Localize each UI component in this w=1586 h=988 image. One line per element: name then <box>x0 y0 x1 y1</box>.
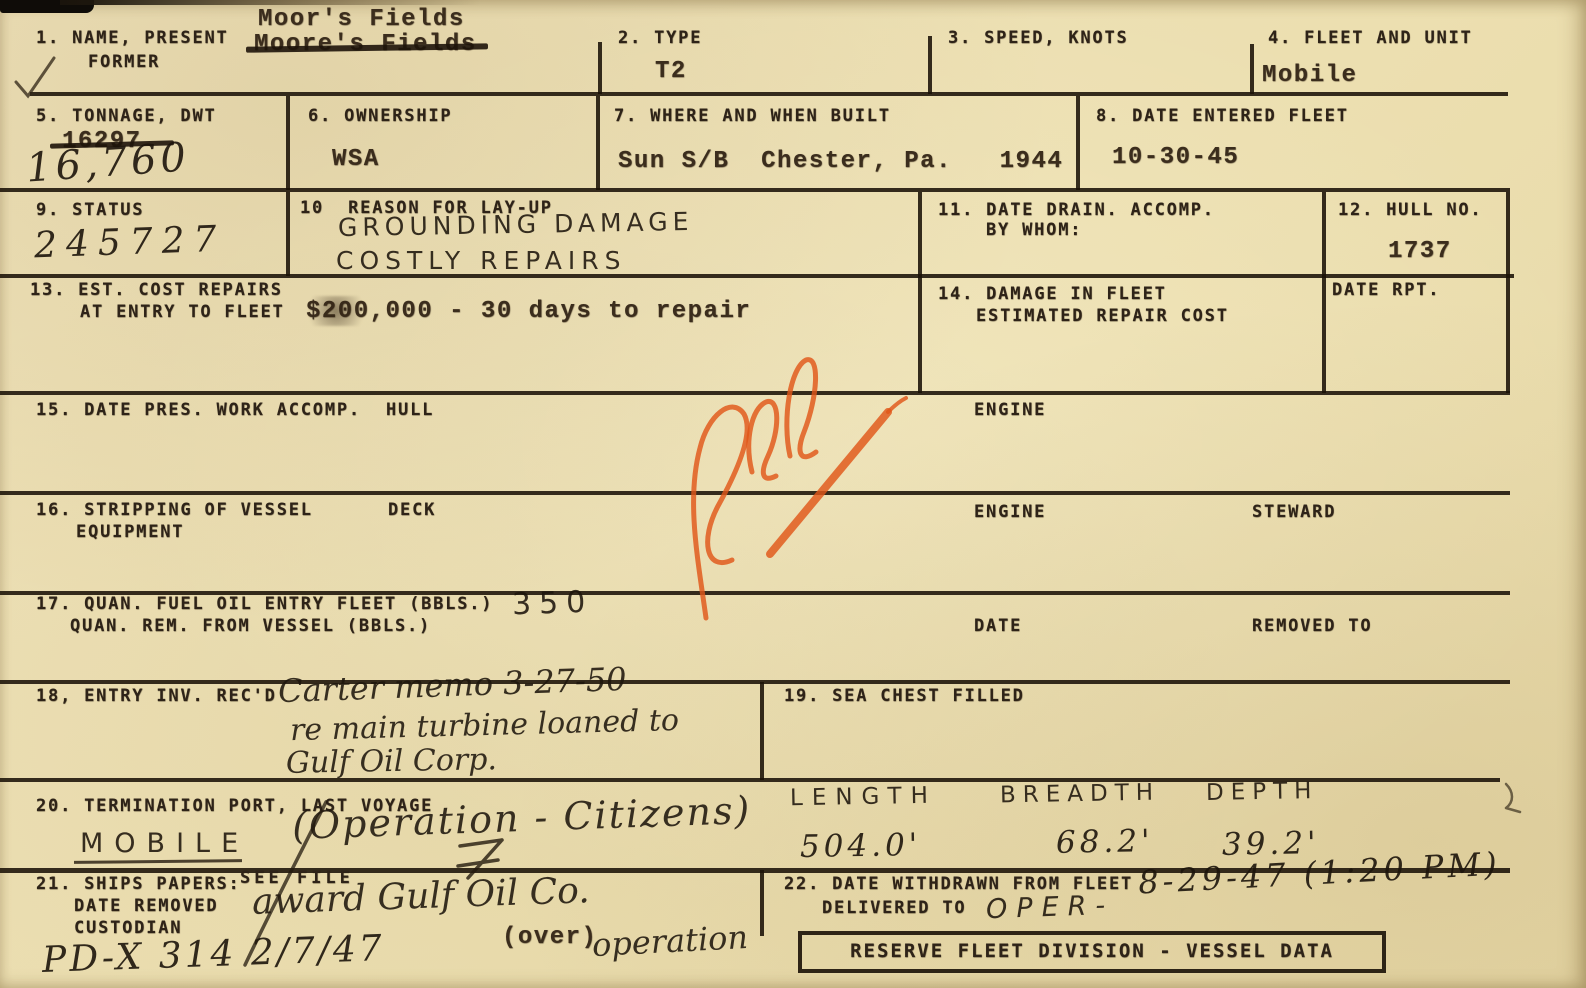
footer-title: RESERVE FLEET DIVISION - VESSEL DATA <box>802 935 1382 967</box>
field13-label: 13. EST. COST REPAIRS <box>30 280 283 300</box>
field12-value: 1737 <box>1388 238 1452 265</box>
field21-dateremoved-label: DATE REMOVED <box>74 896 218 916</box>
field7-value: Sun S/B Chester, Pa. 1944 <box>618 148 1063 175</box>
field13-value: $200,000 - 30 days to repair <box>306 298 751 325</box>
field6-label: 6. OWNERSHIP <box>308 106 452 126</box>
field5-label: 5. TONNAGE, DWT <box>36 106 217 126</box>
field21-over-label: (over) <box>502 924 597 951</box>
dimension-depth-label: DEPTH <box>1206 778 1319 806</box>
rule-h-row17 <box>0 680 1510 684</box>
field11-label-bywhom: BY WHOM: <box>986 220 1082 240</box>
field13-label-line2: AT ENTRY TO FLEET <box>80 302 285 322</box>
field9-label: 9. STATUS <box>36 200 144 220</box>
field1-label: 1. NAME, PRESENT <box>36 28 229 48</box>
rule-h-row3 <box>0 274 1514 278</box>
rule-v-f6-f7 <box>596 96 600 190</box>
field4-label: 4. FLEET AND UNIT <box>1268 28 1473 48</box>
rule-v-f3 <box>928 36 932 94</box>
field15-engine-label: ENGINE <box>974 400 1046 420</box>
field15-label: 15. DATE PRES. WORK ACCOMP. <box>36 400 361 420</box>
field22-delivered-label: DELIVERED TO <box>822 898 966 918</box>
field22-delivered-value: OPER- <box>985 890 1114 925</box>
field18-label: 18, ENTRY INV. REC'D <box>36 686 277 706</box>
pencil-checkmark <box>12 52 58 100</box>
field9-value: 245727 <box>33 219 226 267</box>
vessel-data-card: 1. NAME, PRESENT FORMER Moor's Fields Mo… <box>0 0 1586 988</box>
field8-label: 8. DATE ENTERED FLEET <box>1096 106 1349 126</box>
field3-label: 3. SPEED, KNOTS <box>948 28 1129 48</box>
overtype-smudge <box>300 296 372 326</box>
field6-value: WSA <box>332 146 380 173</box>
rule-v-f5-f6 <box>286 96 290 190</box>
rule-h-row2 <box>0 188 1510 192</box>
rule-h-row1 <box>30 92 1508 96</box>
field18-note-line3: Gulf Oil Corp. <box>286 742 498 781</box>
rule-v-f18-f19 <box>760 682 764 780</box>
dimension-length-value: 504.0' <box>800 827 922 865</box>
field17-removedto-label: REMOVED TO <box>1252 616 1372 636</box>
field8-value: 10-30-45 <box>1112 144 1239 171</box>
field18-note-line2: re main turbine loaned to <box>290 703 680 748</box>
field2-value: T2 <box>655 58 687 85</box>
rule-v-f22 <box>760 870 764 936</box>
rule-v-f11-f12 <box>1322 192 1326 393</box>
field22-date-value: 8-29-47 (1:20 PM) <box>1137 845 1501 902</box>
field16-steward-label: STEWARD <box>1252 502 1336 522</box>
rule-v-f4 <box>1250 44 1254 94</box>
field16-deck-label: DECK <box>388 500 436 520</box>
pencil-slash-stroke <box>200 780 350 980</box>
field17-label: 17. QUAN. FUEL OIL ENTRY FLEET (BBLS.) <box>36 594 493 614</box>
field12-label: 12. HULL NO. <box>1338 200 1482 220</box>
footer-title-box: RESERVE FLEET DIVISION - VESSEL DATA <box>798 931 1386 973</box>
field16-engine-label: ENGINE <box>974 502 1046 522</box>
field5-value-corrected: 16,760 <box>25 134 192 191</box>
field17-value: 350 <box>511 585 593 623</box>
rule-v-f2 <box>598 42 602 94</box>
pencil-mark <box>1500 782 1530 818</box>
field2-label: 2. TYPE <box>618 28 702 48</box>
field17-label-line2: QUAN. REM. FROM VESSEL (BBLS.) <box>70 616 431 636</box>
dimension-length-label: LENGTH <box>790 783 937 812</box>
field19-label: 19. SEA CHEST FILLED <box>784 686 1025 706</box>
field18-note-line1: Carter memo 3-27-50 <box>277 660 627 710</box>
field10-value-line2: COSTLY REPAIRS <box>336 246 626 275</box>
field1-value-corrected: Moor's Fields <box>258 6 465 33</box>
dimension-breadth-value: 68.2' <box>1056 823 1154 861</box>
dimension-breadth-label: BREADTH <box>1000 780 1161 809</box>
rule-v-f9-f10 <box>286 192 290 276</box>
field16-label-line2: EQUIPMENT <box>76 522 184 542</box>
field4-value: Mobile <box>1262 62 1357 89</box>
field14-label-line2: ESTIMATED REPAIR COST <box>976 306 1229 326</box>
rule-v-right-edge <box>1506 192 1510 393</box>
signature-sold-icon <box>620 330 950 640</box>
field14-label: 14. DAMAGE IN FLEET <box>938 284 1167 304</box>
field21-hand-note2: operation <box>591 918 749 964</box>
scan-edge-shadow <box>60 0 480 5</box>
rule-v-f7-f8 <box>1076 96 1080 190</box>
field11-label: 11. DATE DRAIN. ACCOMP. <box>938 200 1215 220</box>
field10-value-line1: GROUNDING DAMAGE <box>338 207 694 242</box>
field17-date-label: DATE <box>974 616 1022 636</box>
field1-label-former: FORMER <box>88 52 160 72</box>
field15-hull-label: HULL <box>386 400 434 420</box>
field12-daterpt-label: DATE RPT. <box>1332 280 1440 300</box>
field16-label: 16. STRIPPING OF VESSEL <box>36 500 313 520</box>
field7-label: 7. WHERE AND WHEN BUILT <box>614 106 891 126</box>
